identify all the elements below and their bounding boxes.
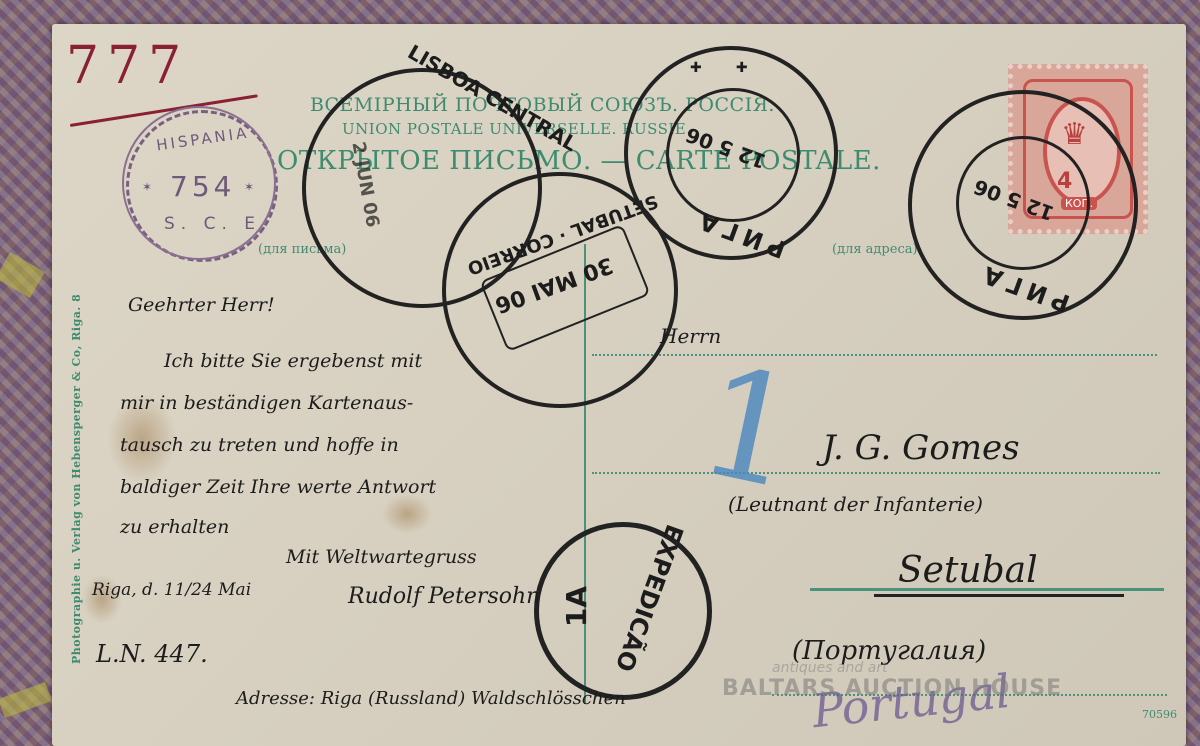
message-signature: Rudolf Petersohn [348,584,540,609]
message-line-4: baldiger Zeit Ihre werte Antwort [120,476,436,498]
message-place-date: Riga, d. 11/24 Mai [92,580,251,600]
foxing-stain [382,494,432,534]
message-closing: Mit Weltwartegruss [286,546,477,568]
address-city: Setubal [898,550,1038,591]
publisher-imprint: Photographie u. Verlag von Hebensperger … [70,294,83,664]
expedicao-postmark-number: 1A [560,586,593,627]
address-line-1 [592,354,1157,356]
hispania-number: 754 [170,170,235,203]
auction-watermark: BALTARS AUCTION HOUSE [722,676,1062,701]
message-reference: L.N. 447. [96,640,208,668]
riga-postmark-1-star: ✚ ✚ [690,60,748,76]
message-greeting: Geehrter Herr! [128,294,275,316]
hispania-star-left: ✶ [142,180,152,194]
hispania-bottom: S. C. E. [164,214,272,234]
red-pencil-number: 777 [66,36,189,96]
fabric-stripe [0,682,52,718]
watermark-subtitle: antiques and art [772,660,888,676]
label-for-address: (для адреса) [832,242,918,257]
address-line-2 [592,472,1160,474]
address-name: J. G. Gomes [822,428,1020,468]
postcard: 777 ВСЕМIРНЫЙ ПОЧТОВЫЙ СОЮЗЪ. РОССIЯ. UN… [52,24,1186,746]
message-return-address: Adresse: Riga (Russland) Waldschlösschen [236,688,626,709]
hispania-star-right: ✶ [244,180,254,194]
card-serial-number: 70596 [1142,708,1177,721]
message-line-5: zu erhalten [120,516,229,538]
message-line-1: Ich bitte Sie ergebenst mit [164,350,422,372]
fabric-stripe [0,252,45,298]
message-line-3: tausch zu treten und hoffe in [120,434,399,456]
city-underline [874,594,1124,597]
message-line-2: mir in beständigen Kartenaus- [120,392,413,414]
address-salutation: Herrn [660,324,721,348]
